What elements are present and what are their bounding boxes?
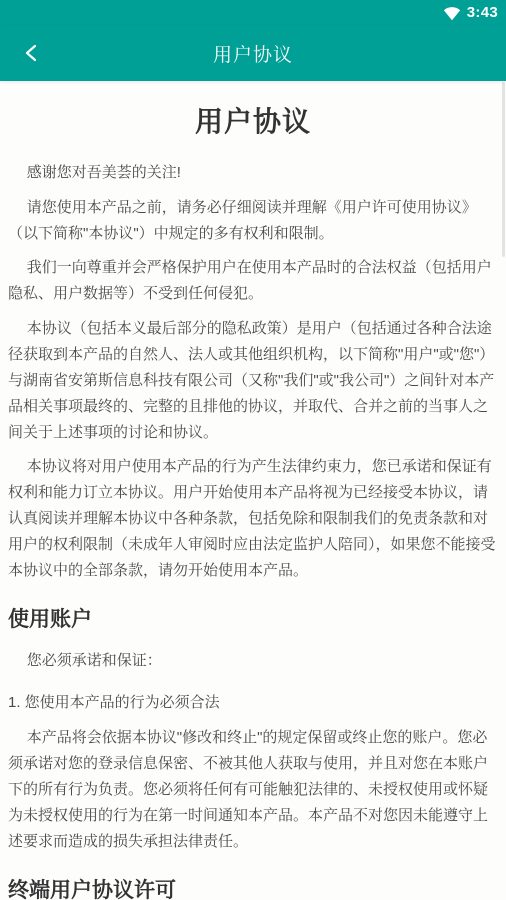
section-heading-account: 使用账户: [8, 606, 498, 634]
wifi-icon: [443, 6, 461, 21]
paragraph-promise: 您必须承诺和保证：: [8, 648, 498, 674]
status-bar: 3:43: [0, 0, 506, 25]
list-item-legal-use: 1. 您使用本产品的行为必须合法: [8, 690, 498, 716]
app-screen: 3:43 用户协议 用户协议 感谢您对吾美荟的关注! 请您使用本产品之前，请务必…: [0, 0, 506, 900]
paragraph-agreement-parties: 本协议（包括本义最后部分的隐私政策）是用户（包括通过各种合法途径获取到本产品的自…: [8, 316, 498, 446]
scrollbar-thumb[interactable]: [502, 82, 505, 257]
paragraph-account-terms: 本产品将会依据本协议"修改和终止"的规定保留或终止您的账户。您必须承诺对您的登录…: [8, 725, 498, 855]
document-title: 用户协议: [8, 103, 498, 141]
agreement-scroll-area[interactable]: 用户协议 感谢您对吾美荟的关注! 请您使用本产品之前，请务必仔细阅读并理解《用户…: [0, 103, 506, 900]
app-bar-title: 用户协议: [0, 40, 506, 67]
paragraph-thanks: 感谢您对吾美荟的关注!: [8, 160, 498, 186]
section-heading-eula: 终端用户协议许可: [8, 877, 498, 900]
back-button[interactable]: [12, 25, 52, 81]
paragraph-legal-binding: 本协议将对用户使用本产品的行为产生法律约束力，您已承诺和保证有权利和能力订立本协…: [8, 454, 498, 584]
paragraph-rights-protection: 我们一向尊重并会严格保护用户在使用本产品时的合法权益（包括用户隐私、用户数据等）…: [8, 255, 498, 307]
chevron-left-icon: [23, 43, 41, 63]
app-bar: 用户协议: [0, 25, 506, 81]
paragraph-read-notice: 请您使用本产品之前，请务必仔细阅读并理解《用户许可使用协议》（以下简称"本协议"…: [8, 195, 498, 247]
status-bar-clock: 3:43: [467, 0, 498, 25]
